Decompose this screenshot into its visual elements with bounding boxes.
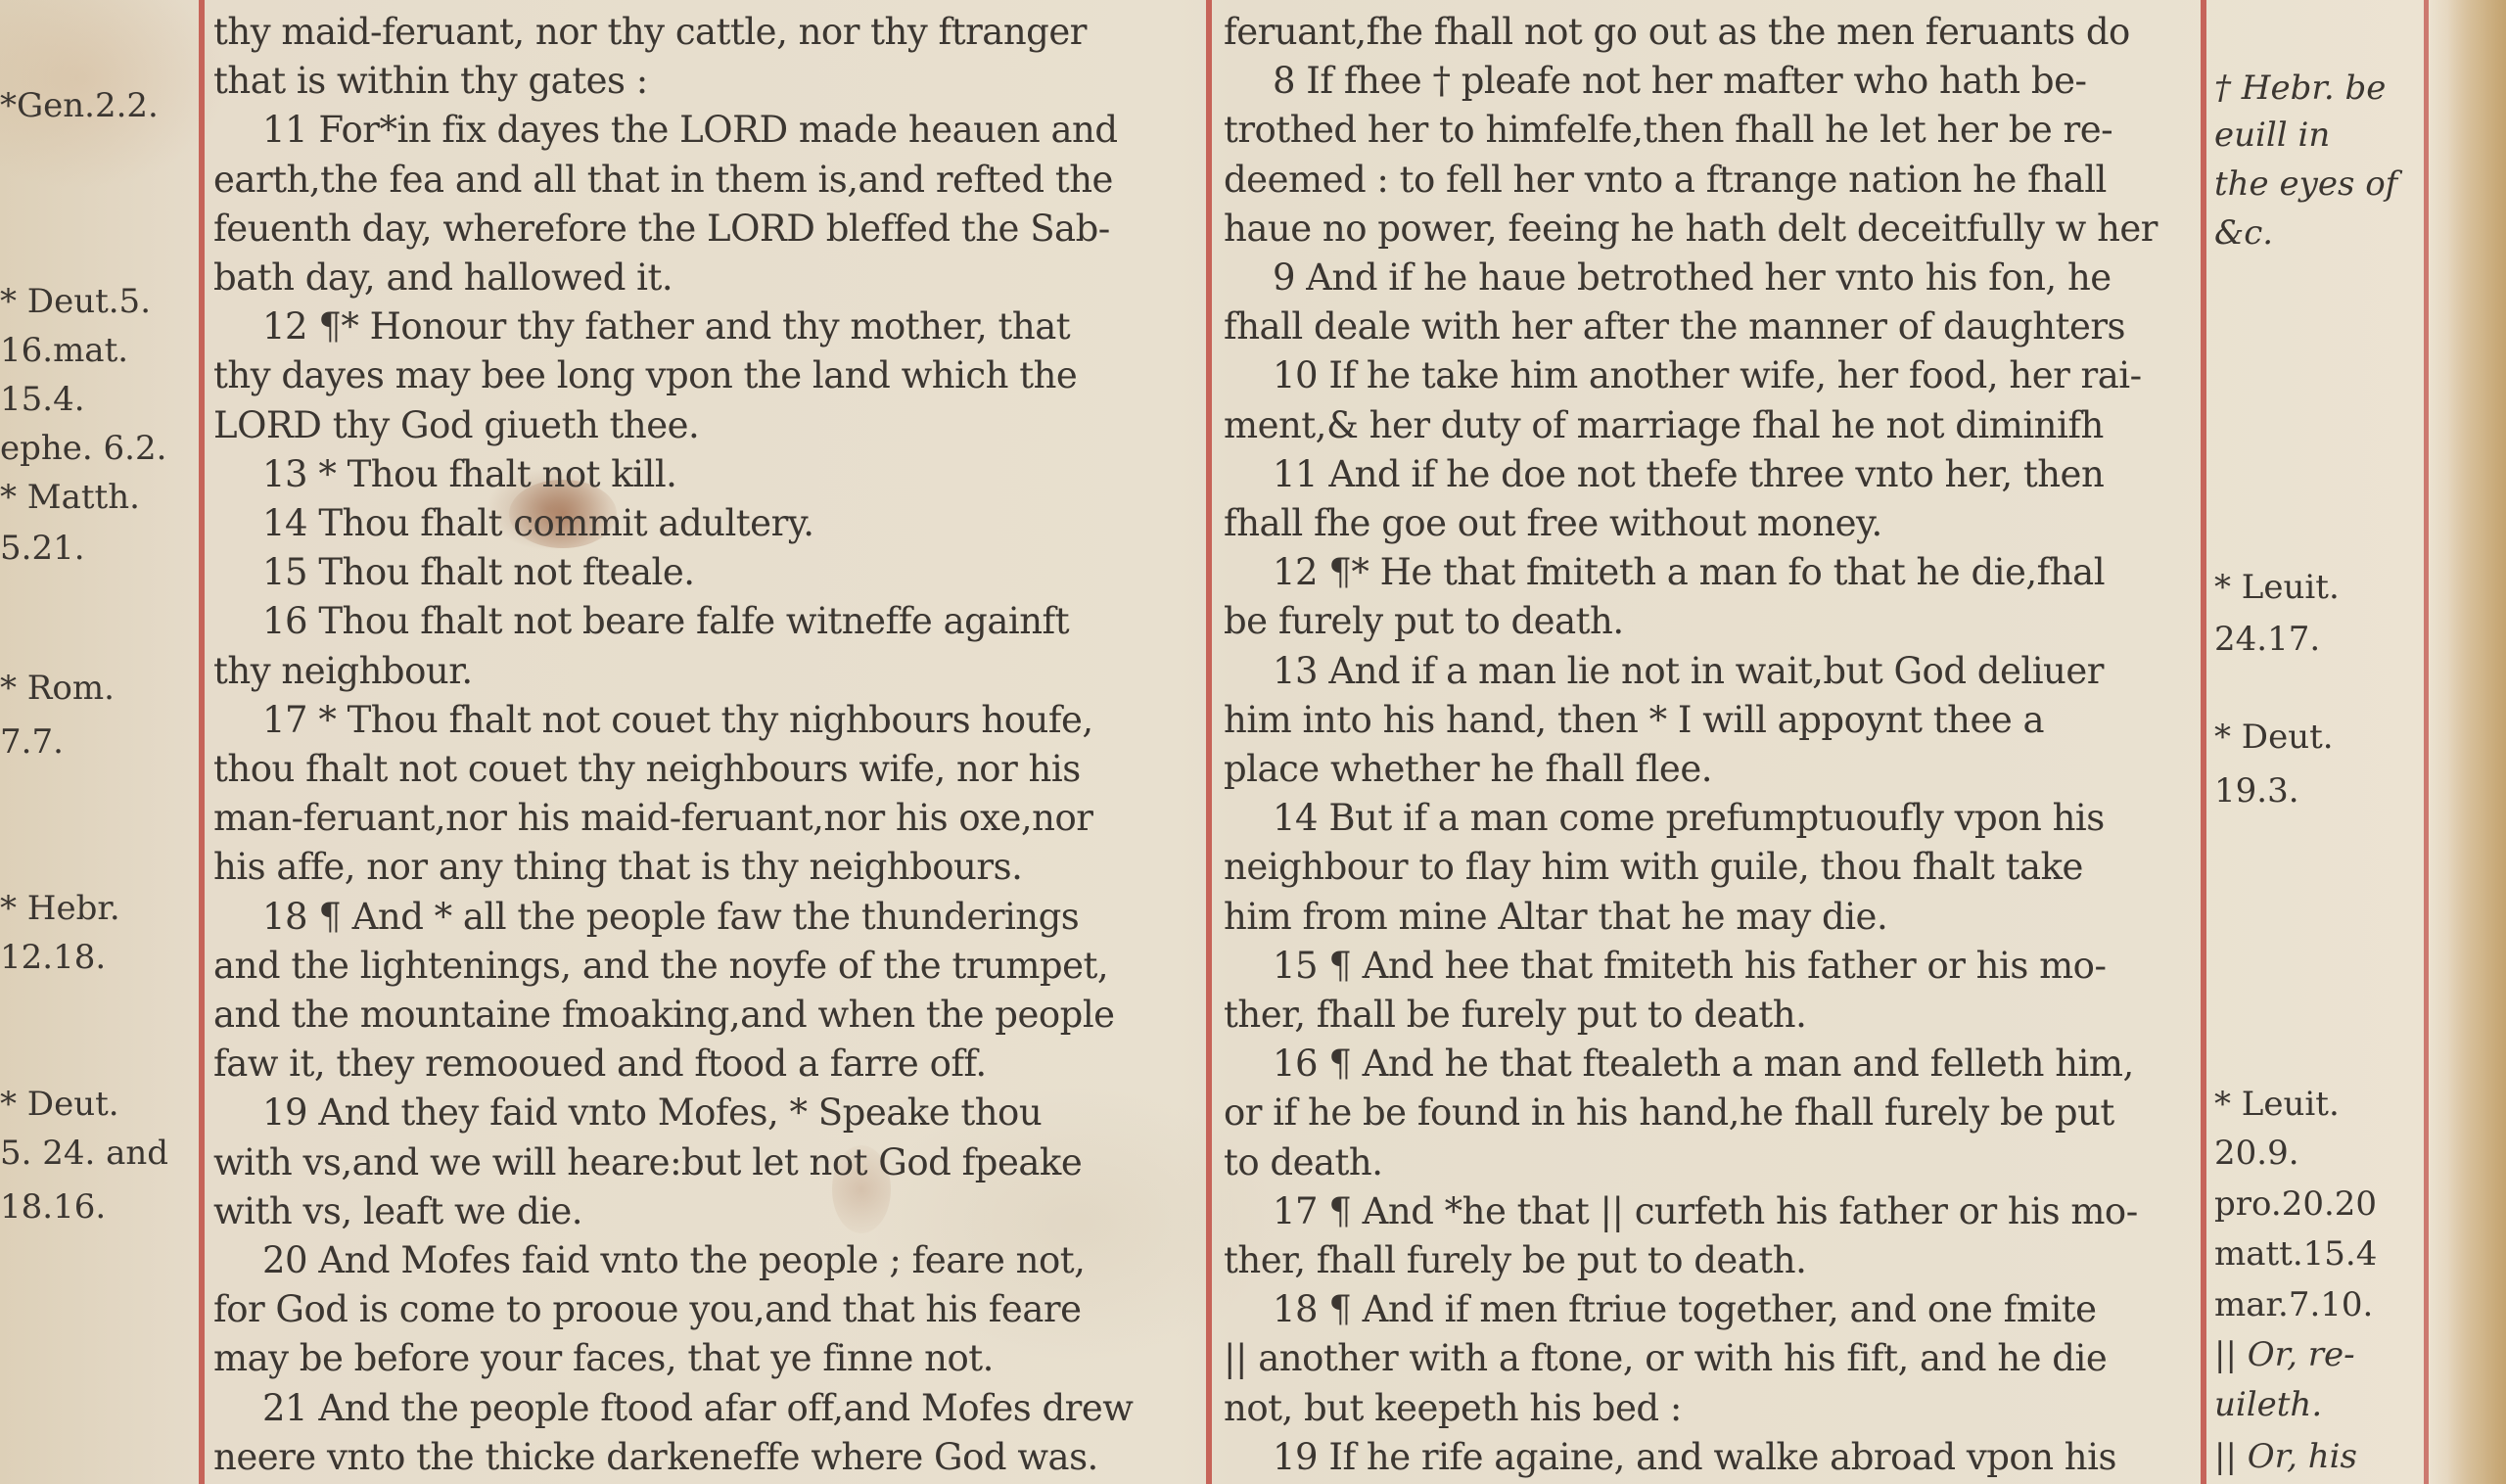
text-line: 16 ¶ And he that ftealeth a man and fell…	[1224, 1040, 2134, 1089]
text-line: with vs,and we will heare:but let not Go…	[213, 1138, 1082, 1187]
text-line: ther, fhall furely be put to death.	[1224, 1236, 1806, 1285]
margin-note: 12.18.	[0, 938, 106, 977]
margin-note: * Rom.	[0, 669, 115, 708]
text-line: thy maid-feruant, nor thy cattle, nor th…	[213, 8, 1087, 57]
text-line: 10 If he take him another wife, her food…	[1224, 351, 2142, 400]
margin-note: 15.4.	[0, 380, 85, 419]
text-line: to death.	[1224, 1138, 1383, 1187]
margin-note: matt.15.4	[2214, 1234, 2377, 1274]
margin-note: 24.17.	[2214, 620, 2320, 659]
text-line: earth,the fea and all that in them is,an…	[213, 156, 1113, 205]
text-line: neere vnto the thicke darkeneffe where G…	[213, 1433, 1098, 1482]
margin-note: &c.	[2214, 213, 2273, 253]
margin-note: 5. 24. and	[0, 1134, 168, 1173]
margin-note: *Gen.2.2.	[0, 86, 159, 125]
margin-note: * Deut.5.	[0, 282, 151, 321]
text-line: 11 And if he doe not thefe three vnto he…	[1224, 450, 2104, 499]
text-line: 15 Thou fhalt not fteale.	[213, 548, 695, 597]
text-line: 12 ¶* He that fmiteth a man fo that he d…	[1224, 548, 2105, 597]
outer-red-rule	[2424, 0, 2429, 1484]
text-line: 15 ¶ And hee that fmiteth his father or …	[1224, 942, 2106, 991]
text-line: 18 ¶ And if men ftriue together, and one…	[1224, 1285, 2097, 1334]
text-line: fhall deale with her after the manner of…	[1224, 302, 2125, 351]
margin-note: 18.16.	[0, 1187, 106, 1227]
text-line: 19 If he rife againe, and walke abroad v…	[1224, 1433, 2116, 1482]
text-line: 19 And they faid vnto Mofes, * Speake th…	[213, 1089, 1042, 1137]
text-line: feuenth day, wherefore the LORD bleffed …	[213, 205, 1110, 254]
text-line: 8 If fhee † pleafe not her mafter who ha…	[1224, 57, 2086, 106]
text-line: ther, fhall be furely put to death.	[1224, 991, 1806, 1040]
margin-note: mar.7.10.	[2214, 1285, 2373, 1324]
margin-note: 16.mat.	[0, 331, 128, 370]
text-line: him from mine Altar that he may die.	[1224, 893, 1887, 942]
margin-note: uileth.	[2214, 1385, 2322, 1424]
text-line: 9 And if he haue betrothed her vnto his …	[1224, 254, 2112, 302]
left-red-rule	[199, 0, 205, 1484]
text-line: || another with a ftone, or with his fif…	[1224, 1334, 2107, 1383]
right-text-column: feruant,fhe fhall not go out as the men …	[1224, 0, 2198, 1484]
text-line: his affe, nor any thing that is thy neig…	[213, 843, 1022, 892]
margin-note: the eyes of	[2214, 164, 2397, 204]
margin-note: * Deut.	[0, 1085, 119, 1124]
text-line: 16 Thou fhalt not beare falfe witneffe a…	[213, 597, 1069, 646]
text-line: 17 ¶ And *he that || curfeth his father …	[1224, 1187, 2138, 1236]
margin-note: ephe. 6.2.	[0, 429, 166, 468]
text-line: LORD thy God giueth thee.	[213, 401, 699, 450]
text-line: 11 For*in fix dayes the LORD made heauen…	[213, 106, 1118, 155]
margin-note: || Or, re-	[2214, 1335, 2355, 1374]
text-line: thy neighbour.	[213, 647, 473, 696]
text-line: 18 ¶ And * all the people faw the thunde…	[213, 893, 1079, 942]
text-line: 20 And Mofes faid vnto the people ; fear…	[213, 1236, 1085, 1285]
text-line: and the mountaine fmoaking,and when the …	[213, 991, 1115, 1040]
text-line: man-feruant,nor his maid-feruant,nor his…	[213, 794, 1092, 843]
margin-note: * Hebr.	[0, 889, 120, 928]
text-line: bath day, and hallowed it.	[213, 254, 673, 302]
text-line: deemed : to fell her vnto a ftrange nati…	[1224, 156, 2107, 205]
text-line: ment,& her duty of marriage fhal he not …	[1224, 401, 2104, 450]
text-line: fhall fhe goe out free without money.	[1224, 499, 1882, 548]
page-binding-edge	[2447, 0, 2506, 1484]
text-line: not, but keepeth his bed :	[1224, 1384, 1682, 1433]
margin-note: euill in	[2214, 116, 2330, 155]
right-red-rule	[2201, 0, 2206, 1484]
text-line: neighbour to flay him with guile, thou f…	[1224, 843, 2083, 892]
margin-note: pro.20.20	[2214, 1184, 2377, 1224]
margin-note: * Deut.	[2214, 718, 2334, 757]
text-line: for God is come to prooue you,and that h…	[213, 1285, 1081, 1334]
text-line: place whether he fhall flee.	[1224, 745, 1712, 794]
margin-note: † Hebr. be	[2214, 69, 2386, 108]
text-line: be furely put to death.	[1224, 597, 1624, 646]
left-margin-notes: *Gen.2.2.* Deut.5.16.mat.15.4.ephe. 6.2.…	[0, 0, 196, 1484]
margin-note: 20.9.	[2214, 1134, 2299, 1173]
margin-note: 19.3.	[2214, 771, 2299, 811]
text-line: 17 * Thou fhalt not couet thy nighbours …	[213, 696, 1093, 745]
margin-note: * Matth.	[0, 478, 140, 517]
text-line: that is within thy gates :	[213, 57, 648, 106]
text-line: may be before your faces, that ye finne …	[213, 1334, 994, 1383]
margin-note: || Or, his	[2214, 1437, 2357, 1476]
margin-note: 7.7.	[0, 722, 64, 762]
text-line: feruant,fhe fhall not go out as the men …	[1224, 8, 2130, 57]
left-text-column: thy maid-feruant, nor thy cattle, nor th…	[213, 0, 1197, 1484]
text-line: 13 And if a man lie not in wait,but God …	[1224, 647, 2104, 696]
text-line: thy dayes may bee long vpon the land whi…	[213, 351, 1077, 400]
center-red-rule	[1206, 0, 1212, 1484]
text-line: him into his hand, then * I will appoynt…	[1224, 696, 2044, 745]
text-line: trothed her to himfelfe,then fhall he le…	[1224, 106, 2112, 155]
text-line: 14 Thou fhalt commit adultery.	[213, 499, 814, 548]
text-line: 13 * Thou fhalt not kill.	[213, 450, 676, 499]
text-line: faw it, they remooued and ftood a farre …	[213, 1040, 987, 1089]
text-line: with vs, leaft we die.	[213, 1187, 582, 1236]
text-line: or if he be found in his hand,he fhall f…	[1224, 1089, 2114, 1137]
right-margin-notes: † Hebr. beeuill inthe eyes of&c.* Leuit.…	[2214, 0, 2420, 1484]
margin-note: * Leuit.	[2214, 1085, 2340, 1124]
text-line: 14 But if a man come prefumptuoufly vpon…	[1224, 794, 2105, 843]
bible-page: *Gen.2.2.* Deut.5.16.mat.15.4.ephe. 6.2.…	[0, 0, 2506, 1484]
text-line: 12 ¶* Honour thy father and thy mother, …	[213, 302, 1070, 351]
text-line: thou fhalt not couet thy neighbours wife…	[213, 745, 1081, 794]
margin-note: 5.21.	[0, 529, 85, 568]
text-line: haue no power, feeing he hath delt decei…	[1224, 205, 2158, 254]
text-line: 21 And the people ftood afar off,and Mof…	[213, 1384, 1133, 1433]
text-line: and the lightenings, and the noyfe of th…	[213, 942, 1108, 991]
margin-note: * Leuit.	[2214, 568, 2340, 607]
